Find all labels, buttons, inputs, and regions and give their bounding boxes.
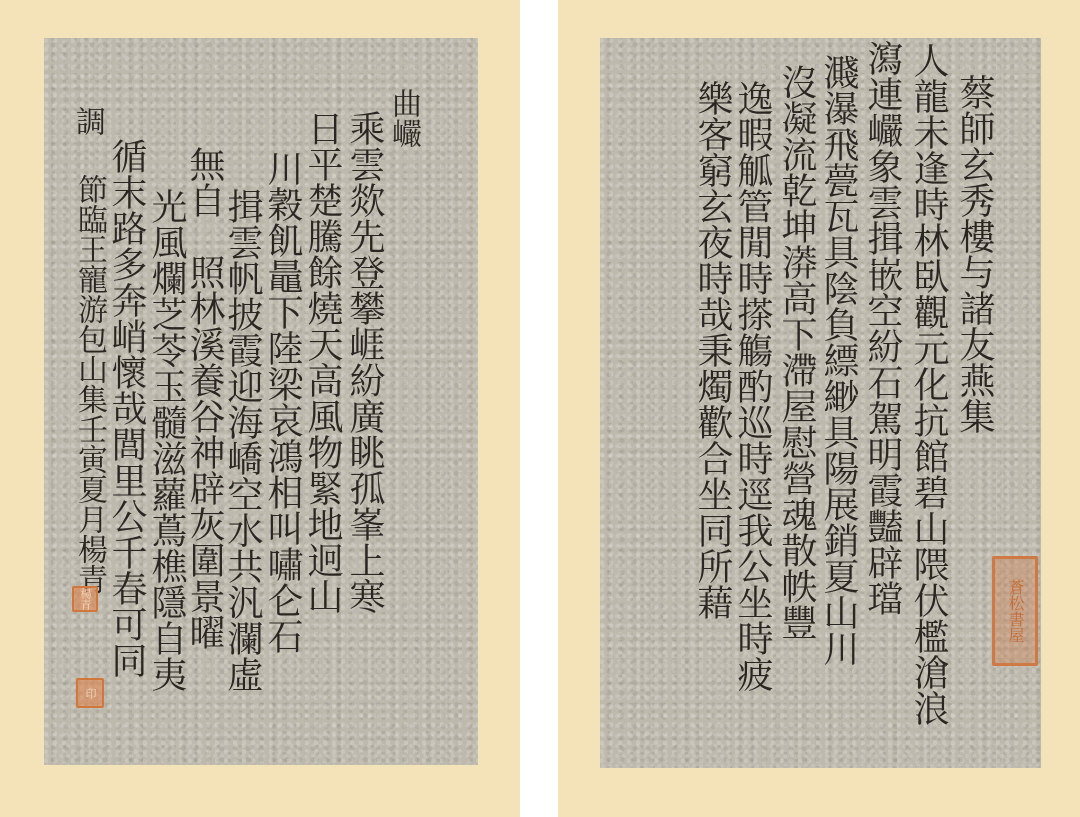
red-seal: 蒼松書屋 [992,556,1038,666]
text-column: 光風爛芝苓玉髓滋蘿蔦樵隱自夷 [146,188,186,692]
text-column: 蔡師玄秀樓与諸友燕集 [954,74,994,434]
text-column: 樂客窮玄夜時哉秉燭歡合坐同所藉 [692,80,732,620]
leaf-title: 曲巗 [386,88,420,148]
text-column: 揖雲帆披霞迎海嶠空水共汎瀾虛 [222,188,262,692]
text-column: 濺瀑飛甍瓦具陰負縹緲具陽展銷夏山川 [818,54,858,666]
text-column: 乘雲欻先登攀崕紛廣眺孤峯上寒 [344,110,384,614]
text-column: 瀉連巗象雲揖嵌空紛石駕明霞豔辟璫 [862,40,902,616]
text-column: 循末路多奔峭懷哉閭里公千春可同 [106,138,146,678]
red-seal: 楊青 [72,586,98,612]
text-column: 調 [70,106,104,136]
right-calligraphy-leaf: 蔡師玄秀樓与諸友燕集 人龍未逢時林臥觀元化抗館碧山隈伏檻滄浪 瀉連巗象雲揖嵌空紛… [600,38,1041,768]
signature-column: 節臨王寵游包山集壬寅夏月楊青 [72,174,106,594]
text-column: 川穀飢鼂下陸梁哀鴻相叫嘯仑石 [262,150,302,654]
red-seal: 印 [76,678,104,708]
text-column: 人龍未逢時林臥觀元化抗館碧山隈伏檻滄浪 [908,42,948,726]
text-column: 無自𥘉照林溪養谷神辟灰圍景曜 [184,146,224,650]
text-column: 逸暇觚管閒時搽觴酌巡時逕我公坐時疲 [732,80,772,692]
text-column: 日平楚騰餘燒天高風物緊地迥山 [302,110,342,614]
left-calligraphy-leaf: 曲巗 乘雲欻先登攀崕紛廣眺孤峯上寒 日平楚騰餘燒天高風物緊地迥山 川穀飢鼂下陸梁… [44,38,478,765]
text-column: 沒凝流乾坤漭高下滯屋慰營魂散帙豐 [776,64,816,640]
